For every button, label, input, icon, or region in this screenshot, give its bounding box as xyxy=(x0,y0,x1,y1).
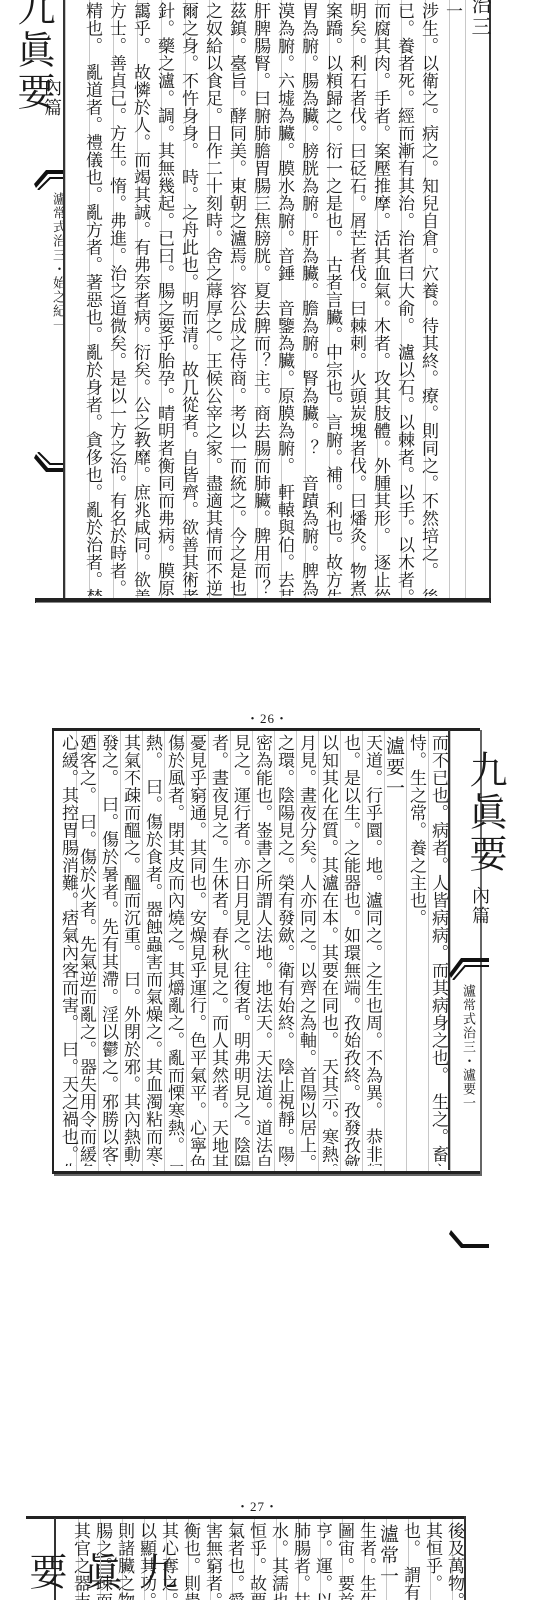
text-column: 以顯其功。以其 xyxy=(134,1522,157,1600)
text-column: 茲鎮。臺旨。酵同美。東朝之瀘焉。容公成之侍商。考以一而統之。今之是也。 道之沉浮… xyxy=(224,2,247,596)
page-number: ・26・ xyxy=(246,708,289,727)
text-column: 傷於風者。閉其皮而內燒之。其爝亂之。亂而慄寒熱。 曰。傷於寒者。其肉閉而內蝕之。… xyxy=(162,734,185,1166)
text-column: 密為能也。崟書之所謂人法地。地法天。天法道。道法自然者。即此。 天之象者。風雲見… xyxy=(250,734,273,1166)
text-column: 而不已也。病者。人皆病病。而其病身之也。 生之。畜之。長之。成之。生而弗有。畜而… xyxy=(426,734,449,1166)
text-column: 亨。運。以惰惰。喪 xyxy=(310,1522,333,1600)
section-heading-partial: 治三 xyxy=(468,0,491,594)
text-column: 熱。 曰。傷於食者。器蝕蟲害而氣燥之。其血濁粘而寒之。寒而凝泣。 曰。傷於濕者。… xyxy=(140,734,163,1166)
text-column: 肝脾腸腎。曰腑肺膽胃腸三焦膀胱。夏去脾而？主。商去腸而肺臟。脾用而？去。各用其是… xyxy=(248,2,271,596)
text-column: 者。晝夜見之。生休者。春秋見之。而人其然者。天地其一圜。我其物也。 我既其物。斯… xyxy=(206,734,229,1166)
chevron-ornament-bottom xyxy=(449,1228,489,1250)
chevron-ornament-top xyxy=(449,958,489,980)
text-column: 月見。晝夜分矣。人亦同之。以齊之為軸。首陽以居上。臟陰以居中。腑陽以居下。四肢為… xyxy=(294,734,317,1166)
page-number: ・27・ xyxy=(236,1496,279,1515)
text-column: 已。養者死。經而漸有其治。治者曰大俞。 瀘以石。以棘者。以手。以木者。石者。伐其… xyxy=(392,2,415,596)
text-column: 氣者也。愛惡鬱 xyxy=(222,1522,245,1600)
text-column: 以知其化在質。其瀘在本。其要在同也。 天其示。寒熱。地其顯。生息。軌。日之遠近也… xyxy=(316,734,339,1166)
text-column: 而腐其肉。手者。案壓推摩。活其血氣。木者。攻其肢體。外腫其形。 逐止從來。更易更… xyxy=(368,2,391,596)
text-column: 其官之器末。病 xyxy=(68,1522,91,1600)
section-heading: 瀘常一 xyxy=(376,1524,399,1600)
chapter-label: 瀘常式治三・瀘要一 xyxy=(458,984,477,1110)
text-column: 見之。運行者。亦日月見之。往復者。明弗明見之。陰陽者。冬夏見之。水火者。寒熱見之… xyxy=(228,734,251,1166)
text-column: 明矣。利石者伐。曰砭石。屑芒者伐。曰棘刺。火頭炭塊者伐。曰燔灸。物煮酉燒者喂。曰… xyxy=(344,2,367,596)
book-title: 九眞要 xyxy=(458,750,513,876)
book-section: 內篇 xyxy=(466,886,492,926)
text-column: 爾之身。不忤身身。 時。之舟此也。明而清。故几從者。自皆齊。欲善其術者眾。知腸膜… xyxy=(176,2,199,596)
text-column: 天道。行乎圜。地。瀘同之。之生也周。不為異。 恭非躬。躬有所取。恭我不逹也。 故… xyxy=(360,734,383,1166)
text-column: 則諸臟之物不 xyxy=(112,1522,135,1600)
text-column: 害無窮者。言嘗 xyxy=(200,1522,223,1600)
text-column: 肺腸者。扶搖之 xyxy=(288,1522,311,1600)
text-column: 後及萬物。 xyxy=(442,1522,465,1600)
text-column: 漠為腑。六墟為臟。膜水為腑。音錘 音鑒為臟。原膜為腑。 軒轅與伯。去其複而一統。… xyxy=(272,2,295,596)
text-column: 心緩。其控胃腸消難。痞氣內客而害。 曰。天之禍也。先鱗介羽毛之害而人。 地之禍也… xyxy=(56,734,79,1166)
text-column: 針。藥之瀘。調。其無幾起。已曰。腸之要乎胎孕。晴明者衡同而弗病。膜原之要乎恩志。… xyxy=(152,2,175,596)
page-27: ・27・ 九眞要 後及萬物。 其恒乎。 故 也。 謂有。瀘 瀘常一 生者。生生。… xyxy=(0,1480,551,1600)
text-column: 其氣不疎而醞之。醞而沉重。 曰。外閉於邪。其內熱動之。熱動而不津。不津而燥裂之。… xyxy=(118,734,141,1166)
text-column: 一 xyxy=(440,2,463,596)
text-column: 衡也。則蟲亂之 xyxy=(178,1522,201,1600)
section-heading: 瀘要一 xyxy=(382,736,405,1166)
text-column: 腸之。疎而血疎 xyxy=(90,1522,113,1600)
text-column: 憂見乎窮通。其同也。安燥見乎運行。色平氣平。心寧色怡。神安氣潤。氣潤色清。陰陽順… xyxy=(184,734,207,1166)
text-column: 其恒乎。 故 xyxy=(420,1522,443,1600)
text-column: 其心奪之。恩懨 xyxy=(156,1522,179,1600)
text-column: 案蹻。以頪歸之。衍一之是也。 古者言臟。中宗也。言腑。補。利也。故方生方士。以腦… xyxy=(320,2,343,596)
text-column: 胃為腑。腸為臟。膀胱為腑。肝為臟。膽為腑。腎為臟。？ 音蹟為腑。脾為臟。大腸為腑… xyxy=(296,2,319,596)
frame-bottom-rule xyxy=(35,598,491,601)
text-column: 也。 謂有。瀘 xyxy=(398,1522,421,1600)
text-column: 也。是以生。之能器也。如環無端。孜始孜終。孜發孜歛。無不有其始。無不有其終。自器… xyxy=(338,734,361,1166)
text-column: 水。其濡也。注莫 xyxy=(266,1522,289,1600)
text-column: 靄乎。 故憐於人。而竭其誠。有弗奈者病。衍矣。公之教靡。庶兆咸同。欲善其術。而治… xyxy=(128,2,151,596)
text-column: 恒乎。故要。之同 xyxy=(244,1522,267,1600)
text-column: 之環。陰陽見之。榮有發歛。衛有始終。 陰止視靜。陽之觀動。陰以形宗。陽穌氣稟。陰… xyxy=(272,734,295,1166)
page-top: 九眞要 內篇 瀘常式治三・始之紀一 治三 一 涉生。以衛之。病之。知兒自倉。穴養… xyxy=(0,0,551,610)
text-column: 涉生。以衛之。病之。知兒自倉。穴養。待其終。療。則同之。不然培之。 後。其有知者… xyxy=(416,2,439,596)
text-column: 精也。 亂道者。禮儀也。亂方者。著惡也。亂於身者。貪侈也。亂於治者。婪奢也。亂於… xyxy=(80,2,103,596)
text-column: 恃。生之常。養之主也。 xyxy=(404,734,427,1166)
page-26: ・26・ 九眞要 內篇 瀘常式治三・瀘要一 而不已也。病者。人皆病病。而其病身之… xyxy=(0,700,551,1180)
text-column: 方士。善貞己。方生。惰。弗進。治之道微矣。是以一方之治。有名於時者。其知可憫。其… xyxy=(104,2,127,596)
text-column: 圖宙。要首也。莫 xyxy=(332,1522,355,1600)
text-column: 發之。 曰。傷於暑者。先有其滯。淫以鬱之。邪勝以客之。 曰。傷於燥者。先其積以塞… xyxy=(96,734,119,1166)
text-column: 生者。生生。化者 xyxy=(354,1522,377,1600)
text-column: 之奴給以食足。日作二十刻時。舍之蓐厚之。王候公宰之家。盡適其情而不逆。謠曰。安兮… xyxy=(200,2,223,596)
